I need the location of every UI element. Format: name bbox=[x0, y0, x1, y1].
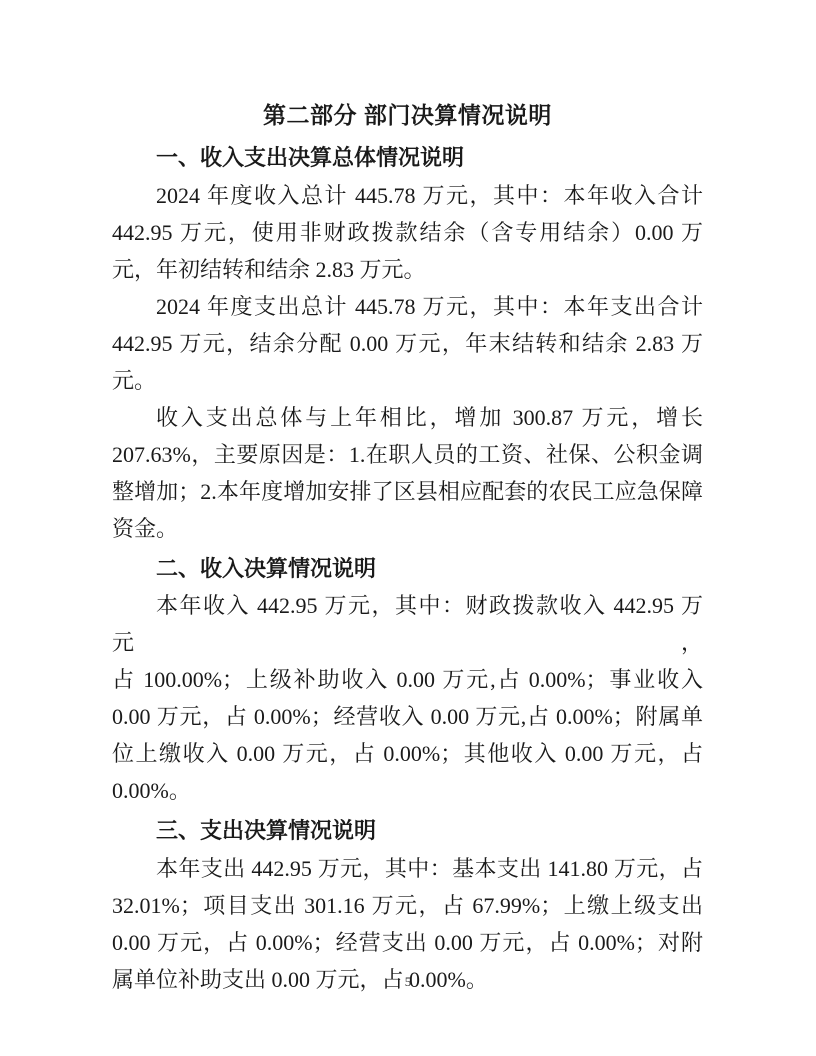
paragraph-line: 资金。 bbox=[112, 510, 703, 547]
paragraph-line: 207.63%，主要原因是：1.在职人员的工资、社保、公积金调 bbox=[112, 436, 703, 473]
paragraph: 收入支出总体与上年相比，增加 300.87 万元，增长 207.63%，主要原因… bbox=[112, 399, 703, 547]
paragraph: 2024 年度支出总计 445.78 万元，其中：本年支出合计 442.95 万… bbox=[112, 288, 703, 399]
paragraph-line: 2024 年度支出总计 445.78 万元，其中：本年支出合计 bbox=[112, 288, 703, 325]
paragraph-line: 位上缴收入 0.00 万元，占 0.00%；其他收入 0.00 万元，占 bbox=[112, 735, 703, 772]
section-heading: 二、收入决算情况说明 bbox=[112, 550, 703, 588]
paragraph-line: 本年支出 442.95 万元，其中：基本支出 141.80 万元，占 bbox=[112, 850, 703, 887]
section-heading: 一、收入支出决算总体情况说明 bbox=[112, 139, 703, 177]
paragraph-line: 元。 bbox=[112, 362, 703, 399]
paragraph-line: 整增加；2.本年度增加安排了区县相应配套的农民工应急保障 bbox=[112, 473, 703, 510]
page-number: 5 bbox=[0, 972, 816, 992]
paragraph-line: 442.95 万元，使用非财政拨款结余（含专用结余）0.00 万 bbox=[112, 214, 703, 251]
paragraph-line: 442.95 万元，结余分配 0.00 万元，年末结转和结余 2.83 万 bbox=[112, 325, 703, 362]
paragraph-line: 收入支出总体与上年相比，增加 300.87 万元，增长 bbox=[112, 399, 703, 436]
document-page: 第二部分 部门决算情况说明 一、收入支出决算总体情况说明 2024 年度收入总计… bbox=[0, 0, 816, 1056]
paragraph-line: 0.00%。 bbox=[112, 772, 703, 809]
paragraph: 2024 年度收入总计 445.78 万元，其中：本年收入合计 442.95 万… bbox=[112, 177, 703, 288]
paragraph: 本年收入 442.95 万元，其中：财政拨款收入 442.95 万元， 占 10… bbox=[112, 587, 703, 809]
section-income-budget: 二、收入决算情况说明 本年收入 442.95 万元，其中：财政拨款收入 442.… bbox=[112, 550, 703, 810]
paragraph-line: 2024 年度收入总计 445.78 万元，其中：本年收入合计 bbox=[112, 177, 703, 214]
paragraph-line: 本年收入 442.95 万元，其中：财政拨款收入 442.95 万元， bbox=[112, 587, 703, 661]
section-heading: 三、支出决算情况说明 bbox=[112, 812, 703, 850]
paragraph-line: 0.00 万元，占 0.00%；经营收入 0.00 万元,占 0.00%；附属单 bbox=[112, 698, 703, 735]
paragraph-line: 元，年初结转和结余 2.83 万元。 bbox=[112, 251, 703, 288]
document-content: 第二部分 部门决算情况说明 一、收入支出决算总体情况说明 2024 年度收入总计… bbox=[112, 94, 703, 998]
document-title: 第二部分 部门决算情况说明 bbox=[112, 94, 703, 136]
section-overall-budget: 一、收入支出决算总体情况说明 2024 年度收入总计 445.78 万元，其中：… bbox=[112, 139, 703, 547]
paragraph-line: 32.01%；项目支出 301.16 万元，占 67.99%；上缴上级支出 bbox=[112, 887, 703, 924]
paragraph-line: 0.00 万元，占 0.00%；经营支出 0.00 万元，占 0.00%；对附 bbox=[112, 924, 703, 961]
paragraph-line: 占 100.00%；上级补助收入 0.00 万元,占 0.00%；事业收入 bbox=[112, 661, 703, 698]
section-expense-budget: 三、支出决算情况说明 本年支出 442.95 万元，其中：基本支出 141.80… bbox=[112, 812, 703, 998]
